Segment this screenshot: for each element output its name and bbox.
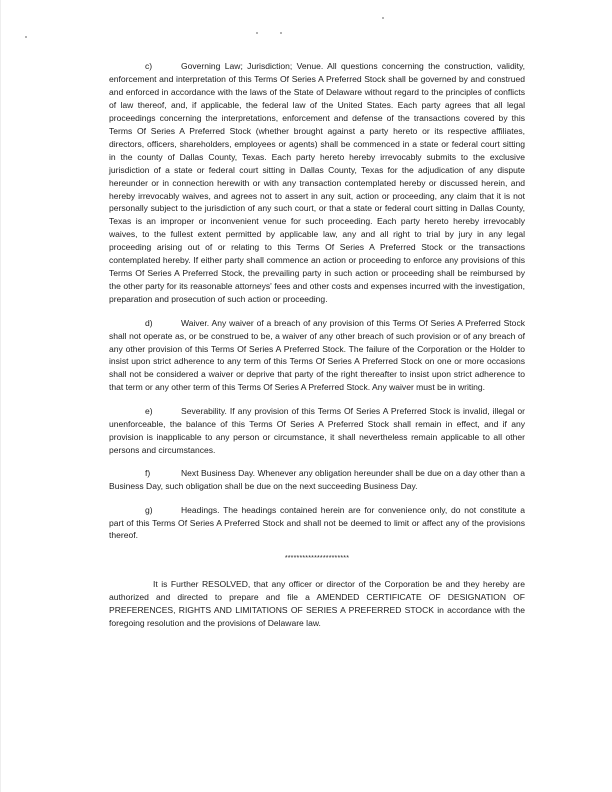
document-page: c)Governing Law; Jurisdiction; Venue. Al…	[0, 0, 612, 792]
scan-speck	[25, 36, 27, 38]
section-label: g)	[109, 504, 181, 517]
section-label: f)	[109, 467, 181, 480]
section-governing-law: c)Governing Law; Jurisdiction; Venue. Al…	[109, 60, 525, 306]
scan-speck	[382, 17, 384, 19]
separator-stars: **********************	[109, 553, 525, 566]
scan-speck	[256, 32, 258, 34]
section-headings: g)Headings. The headings contained herei…	[109, 504, 525, 543]
section-text: Governing Law; Jurisdiction; Venue. All …	[109, 61, 525, 304]
scan-speck	[280, 32, 282, 34]
section-label: d)	[109, 317, 181, 330]
section-severability: e)Severability. If any provision of this…	[109, 405, 525, 457]
section-label: c)	[109, 60, 181, 73]
section-next-business-day: f)Next Business Day. Whenever any obliga…	[109, 467, 525, 493]
resolution-paragraph: It is Further RESOLVED, that any officer…	[109, 578, 525, 630]
section-waiver: d)Waiver. Any waiver of a breach of any …	[109, 317, 525, 395]
section-label: e)	[109, 405, 181, 418]
document-body: c)Governing Law; Jurisdiction; Venue. Al…	[109, 60, 525, 640]
